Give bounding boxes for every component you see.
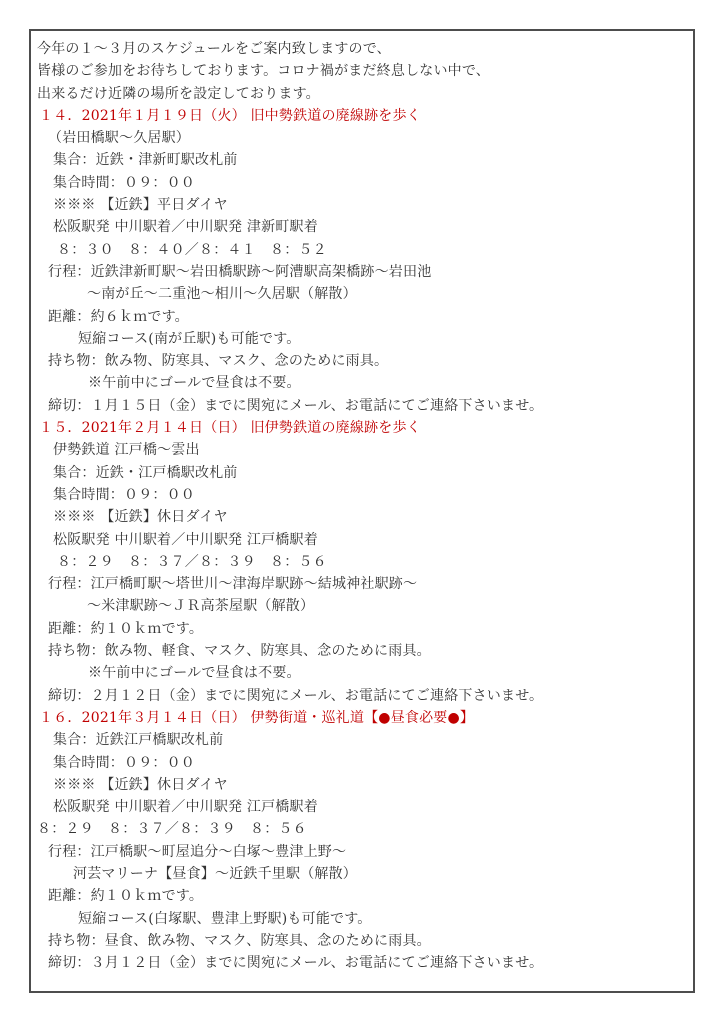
- event-14-distance: 距離：約６ｋｍです。: [37, 306, 687, 328]
- event-15-meeting-time: 集合時間：０９：００: [37, 484, 687, 506]
- intro-line-2: 皆様のご参加をお待ちしております。コロナ禍がまだ終息しない中で、: [37, 60, 687, 82]
- event-14-itinerary: 行程：近鉄津新町駅～岩田橋駅跡～阿漕駅高架橋跡～岩田池: [37, 261, 687, 283]
- event-15-deadline: 締切：２月１２日（金）までに関宛にメール、お電話にてご連絡下さいませ。: [37, 685, 687, 707]
- event-14-meeting-time: 集合時間：０９：００: [37, 172, 687, 194]
- event-14-train-stations: 松阪駅発 中川駅着／中川駅発 津新町駅着: [37, 216, 687, 238]
- event-15-dia-note: ※※※ 【近鉄】休日ダイヤ: [37, 506, 687, 528]
- event-16-title: １６．2021年３月１４日（日） 伊勢街道・巡礼道【●昼食必要●】: [37, 707, 687, 729]
- event-15-belongings: 持ち物：飲み物、軽食、マスク、防寒具、念のために雨具。: [37, 640, 687, 662]
- event-14-itinerary-cont: ～南が丘～二重池～相川～久居駅（解散）: [37, 283, 687, 305]
- event-15-distance: 距離：約１０ｋｍです。: [37, 618, 687, 640]
- event-14-lunch-note: ※午前中にゴールで昼食は不要。: [37, 372, 687, 394]
- event-14-short-course: 短縮コース(南が丘駅)も可能です。: [37, 328, 687, 350]
- event-16-short-course: 短縮コース(白塚駅、豊津上野駅)も可能です。: [37, 908, 687, 930]
- event-16-belongings: 持ち物：昼食、飲み物、マスク、防寒具、念のために雨具。: [37, 930, 687, 952]
- event-14-belongings: 持ち物：飲み物、防寒具、マスク、念のために雨具。: [37, 350, 687, 372]
- event-14-meeting-point: 集合：近鉄・津新町駅改札前: [37, 149, 687, 171]
- event-15-itinerary: 行程：江戸橋町駅～塔世川～津海岸駅跡～結城神社駅跡～: [37, 573, 687, 595]
- event-14-title: １４．2021年１月１９日（火） 旧中勢鉄道の廃線跡を歩く: [37, 105, 687, 127]
- event-15-train-times: ８：２９ ８：３７／８：３９ ８：５６: [37, 551, 687, 573]
- event-16-itinerary-cont: 河芸マリーナ【昼食】～近鉄千里駅（解散）: [37, 863, 687, 885]
- event-15-train-stations: 松阪駅発 中川駅着／中川駅発 江戸橋駅着: [37, 529, 687, 551]
- document-page: 今年の１～３月のスケジュールをご案内致しますので、 皆様のご参加をお待ちしており…: [29, 29, 695, 993]
- event-16-train-stations: 松阪駅発 中川駅着／中川駅発 江戸橋駅着: [37, 796, 687, 818]
- event-15-station-range: 伊勢鉄道 江戸橋～雲出: [37, 439, 687, 461]
- event-16-dia-note: ※※※ 【近鉄】休日ダイヤ: [37, 774, 687, 796]
- event-14-train-times: ８：３０ ８：４０／８：４１ ８：５２: [37, 239, 687, 261]
- event-15-lunch-note: ※午前中にゴールで昼食は不要。: [37, 662, 687, 684]
- event-16-deadline: 締切：３月１２日（金）までに関宛にメール、お電話にてご連絡下さいませ。: [37, 952, 687, 974]
- event-16-meeting-time: 集合時間：０９：００: [37, 752, 687, 774]
- event-15-title: １５．2021年２月１４日（日） 旧伊勢鉄道の廃線跡を歩く: [37, 417, 687, 439]
- intro-line-1: 今年の１～３月のスケジュールをご案内致しますので、: [37, 38, 687, 60]
- event-14-deadline: 締切：１月１５日（金）までに関宛にメール、お電話にてご連絡下さいませ。: [37, 395, 687, 417]
- event-16-train-times: ８：２９ ８：３７／８：３９ ８：５６: [37, 818, 687, 840]
- event-14-dia-note: ※※※ 【近鉄】平日ダイヤ: [37, 194, 687, 216]
- event-15-itinerary-cont: ～米津駅跡～ＪＲ高茶屋駅（解散）: [37, 595, 687, 617]
- event-15-meeting-point: 集合：近鉄・江戸橋駅改札前: [37, 462, 687, 484]
- event-16-itinerary: 行程：江戸橋駅～町屋追分～白塚～豊津上野～: [37, 841, 687, 863]
- intro-line-3: 出来るだけ近隣の場所を設定しております。: [37, 83, 687, 105]
- event-16-meeting-point: 集合：近鉄江戸橋駅改札前: [37, 729, 687, 751]
- event-14-station-range: （岩田橋駅～久居駅）: [37, 127, 687, 149]
- event-16-distance: 距離：約１０ｋｍです。: [37, 885, 687, 907]
